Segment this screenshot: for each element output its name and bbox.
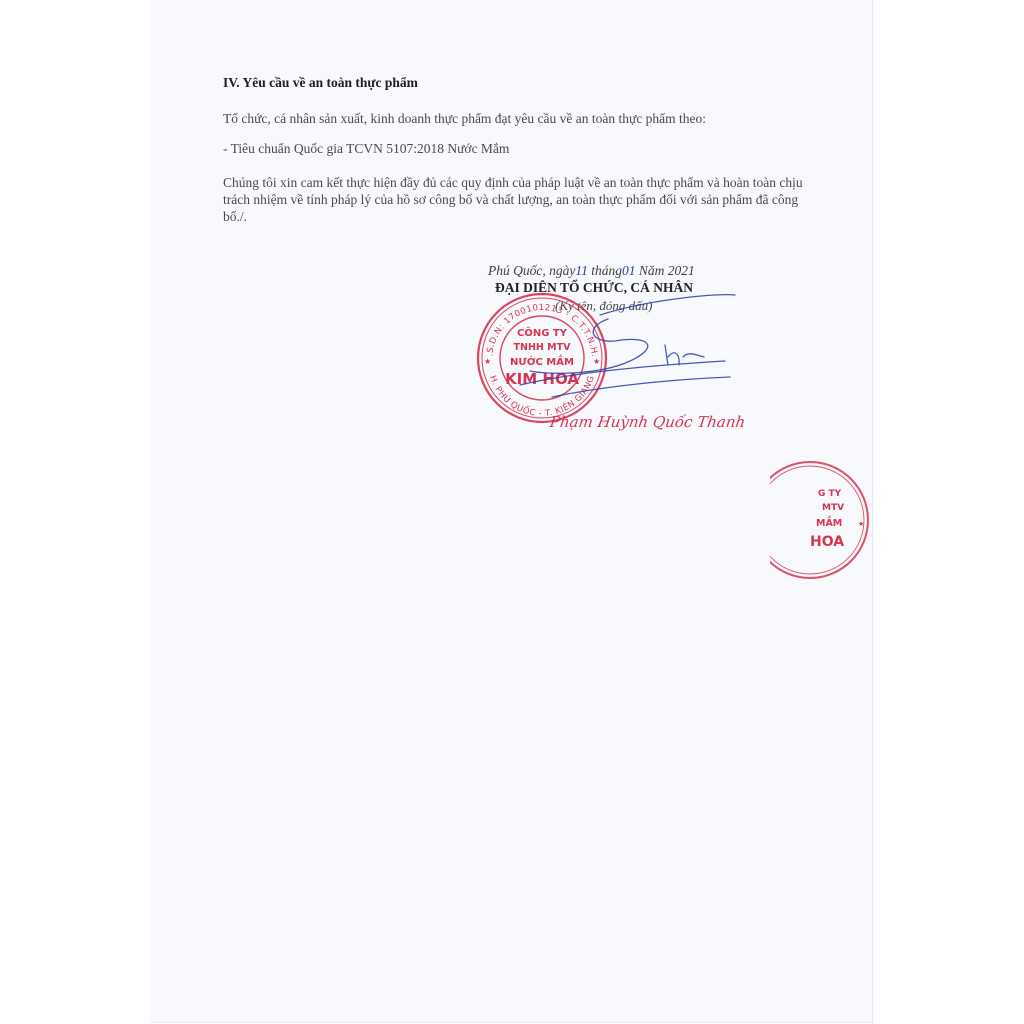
edge-stamp-line-2: MTV (822, 503, 844, 513)
svg-text:★: ★ (858, 520, 864, 528)
month-handwritten: 01 (622, 263, 636, 278)
edge-stamp: G TY MTV MẮM HOA ★ (770, 454, 880, 586)
edge-stamp-line-1: G TY (818, 489, 842, 499)
edge-stamp-line-4: HOA (810, 534, 844, 550)
signer-name: Phạm Huỳnh Quốc Thanh (549, 413, 747, 431)
edge-stamp-line-3: MẮM (816, 516, 842, 529)
place-date-line: Phú Quốc, ngày11 tháng01 Năm 2021 (488, 263, 695, 279)
place-prefix: Phú Quốc, ngày (488, 263, 575, 278)
signature-scribble (490, 285, 740, 410)
section-heading: IV. Yêu cầu về an toàn thực phẩm (223, 75, 418, 91)
document-page: IV. Yêu cầu về an toàn thực phẩm Tổ chức… (150, 0, 873, 1023)
month-label: tháng (591, 263, 622, 278)
commitment-paragraph: Chúng tôi xin cam kết thực hiện đầy đủ c… (223, 174, 823, 225)
day-handwritten: 11 (575, 263, 588, 278)
intro-paragraph: Tổ chức, cá nhân sản xuất, kinh doanh th… (223, 111, 706, 127)
year-label: Năm 2021 (639, 263, 695, 278)
standard-item: - Tiêu chuẩn Quốc gia TCVN 5107:2018 Nướ… (223, 141, 509, 157)
